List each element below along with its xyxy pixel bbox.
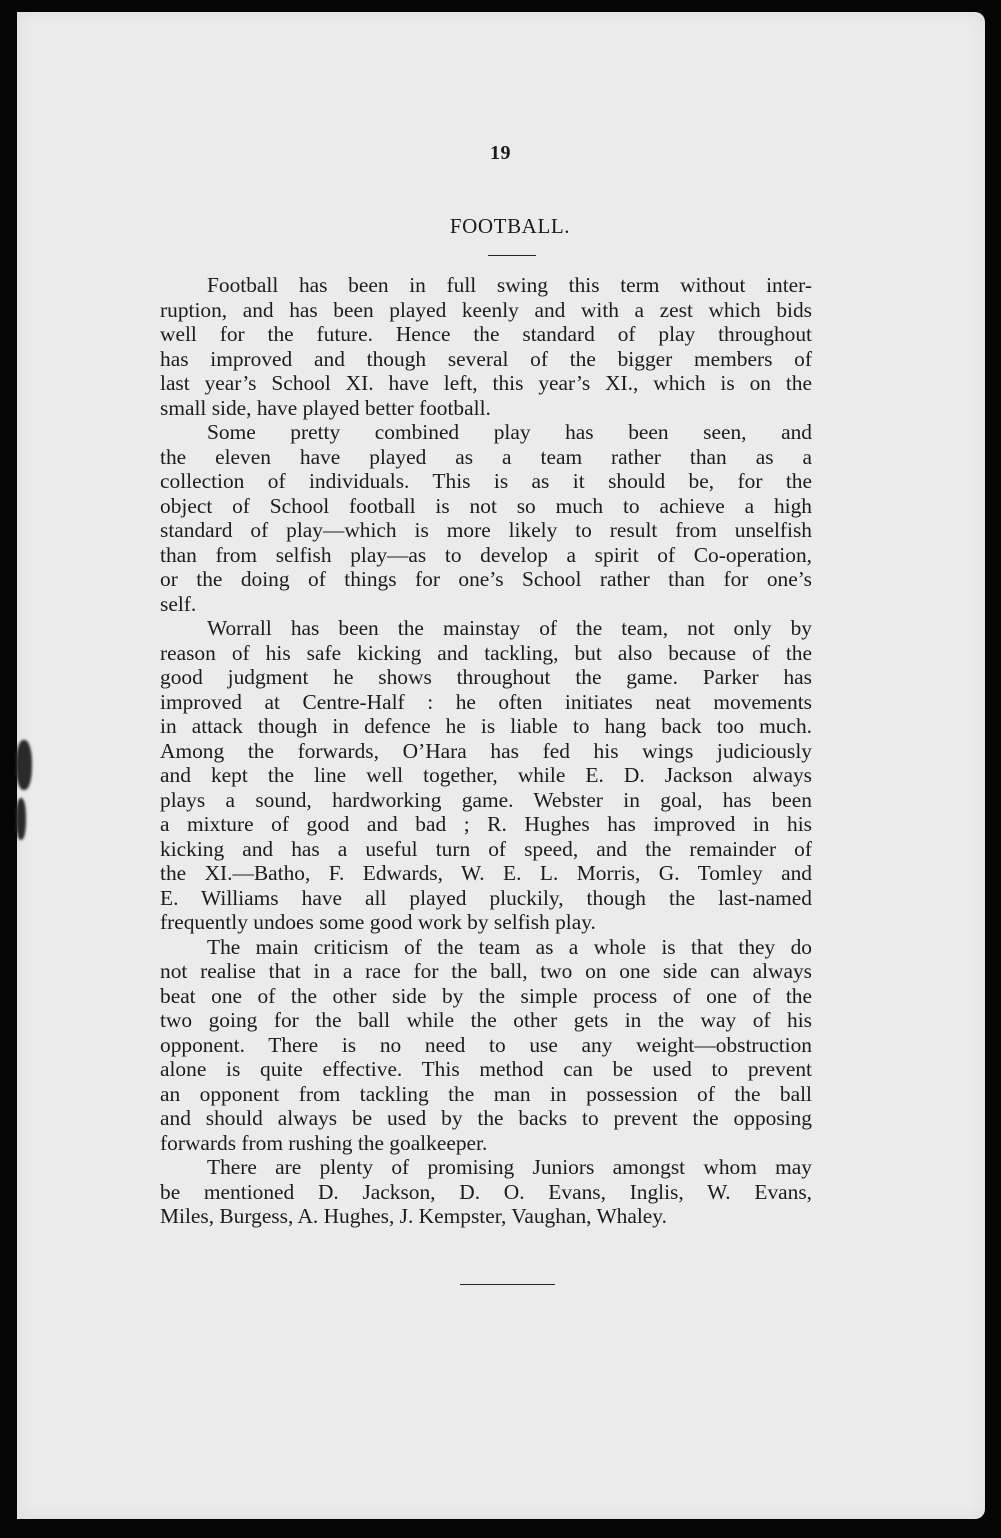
paragraph: Worrall has been the mainstay of the tea… bbox=[160, 616, 812, 935]
title-rule bbox=[488, 255, 536, 256]
text-line: good judgment he shows throughout the ga… bbox=[160, 665, 812, 690]
paragraph: There are plenty of promising Juniors am… bbox=[160, 1155, 812, 1229]
end-rule bbox=[460, 1284, 555, 1285]
text-line: improved at Centre-Half : he often initi… bbox=[160, 690, 812, 715]
text-line: Worrall has been the mainstay of the tea… bbox=[160, 616, 812, 641]
text-line: reason of his safe kicking and tackling,… bbox=[160, 641, 812, 666]
text-line: or the doing of things for one’s School … bbox=[160, 567, 812, 592]
text-line: last year’s School XI. have left, this y… bbox=[160, 371, 812, 396]
page-blemish bbox=[16, 798, 26, 840]
text-line: not realise that in a race for the ball,… bbox=[160, 959, 812, 984]
article-body: Football has been in full swing this ter… bbox=[160, 273, 812, 1229]
text-line: an opponent from tackling the man in pos… bbox=[160, 1082, 812, 1107]
text-line: forwards from rushing the goalkeeper. bbox=[160, 1131, 812, 1156]
text-line: than from selfish play—as to develop a s… bbox=[160, 543, 812, 568]
text-line: well for the future. Hence the standard … bbox=[160, 322, 812, 347]
text-line: the XI.—Batho, F. Edwards, W. E. L. Morr… bbox=[160, 861, 812, 886]
text-line: alone is quite effective. This method ca… bbox=[160, 1057, 812, 1082]
text-line: and should always be used by the backs t… bbox=[160, 1106, 812, 1131]
text-line: two going for the ball while the other g… bbox=[160, 1008, 812, 1033]
text-line: E. Williams have all played pluckily, th… bbox=[160, 886, 812, 911]
paragraph: Football has been in full swing this ter… bbox=[160, 273, 812, 420]
text-line: Among the forwards, O’Hara has fed his w… bbox=[160, 739, 812, 764]
text-line: opponent. There is no need to use any we… bbox=[160, 1033, 812, 1058]
text-line: object of School football is not so much… bbox=[160, 494, 812, 519]
text-line: The main criticism of the team as a whol… bbox=[160, 935, 812, 960]
text-line: the eleven have played as a team rather … bbox=[160, 445, 812, 470]
text-line: and kept the line well together, while E… bbox=[160, 763, 812, 788]
paragraph: The main criticism of the team as a whol… bbox=[160, 935, 812, 1156]
text-line: has improved and though several of the b… bbox=[160, 347, 812, 372]
article-title: FOOTBALL. bbox=[0, 214, 1001, 239]
text-line: Miles, Burgess, A. Hughes, J. Kempster, … bbox=[160, 1204, 812, 1229]
text-line: Some pretty combined play has been seen,… bbox=[160, 420, 812, 445]
text-line: collection of individuals. This is as it… bbox=[160, 469, 812, 494]
text-line: ruption, and has been played keenly and … bbox=[160, 298, 812, 323]
text-line: beat one of the other side by the simple… bbox=[160, 984, 812, 1009]
text-line: in attack though in defence he is liable… bbox=[160, 714, 812, 739]
page-blemish bbox=[16, 740, 32, 790]
text-line: self. bbox=[160, 592, 812, 617]
text-line: There are plenty of promising Juniors am… bbox=[160, 1155, 812, 1180]
text-line: be mentioned D. Jackson, D. O. Evans, In… bbox=[160, 1180, 812, 1205]
paragraph: Some pretty combined play has been seen,… bbox=[160, 420, 812, 616]
text-line: kicking and has a useful turn of speed, … bbox=[160, 837, 812, 862]
text-line: small side, have played better football. bbox=[160, 396, 812, 421]
text-line: a mixture of good and bad ; R. Hughes ha… bbox=[160, 812, 812, 837]
text-line: Football has been in full swing this ter… bbox=[160, 273, 812, 298]
text-line: plays a sound, hardworking game. Webster… bbox=[160, 788, 812, 813]
page-number: 19 bbox=[0, 142, 1001, 165]
text-line: standard of play—which is more likely to… bbox=[160, 518, 812, 543]
text-line: frequently undoes some good work by self… bbox=[160, 910, 812, 935]
